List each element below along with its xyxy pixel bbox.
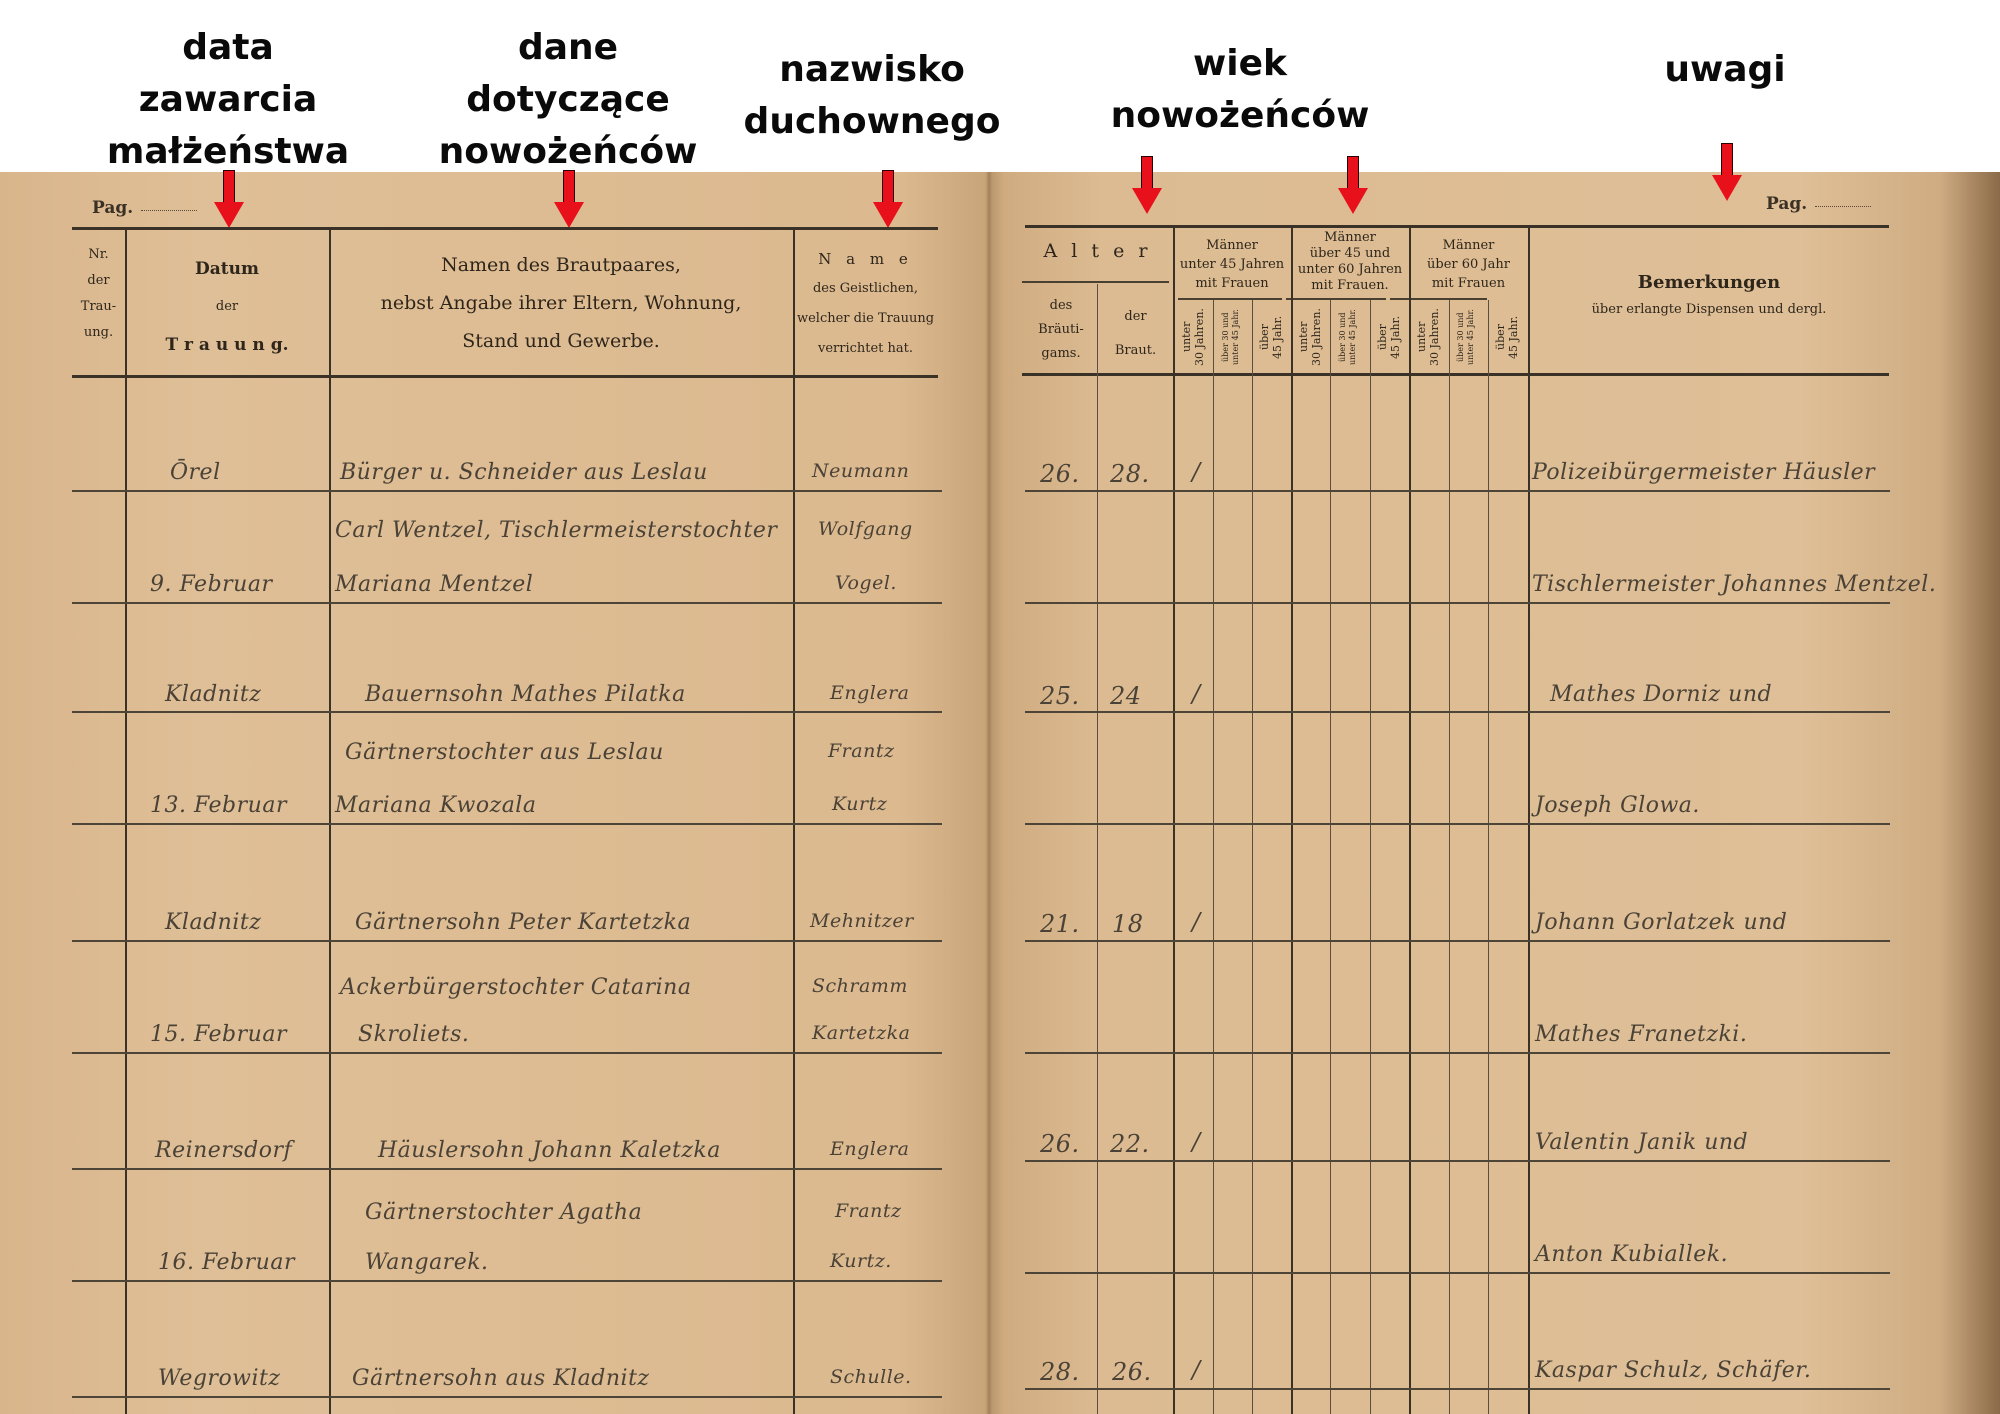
header-datum-line1: Datum	[125, 250, 329, 288]
entry-clergy-line: Mehnitzer	[810, 910, 914, 932]
header-sub-over-45: über 45 Jahr.	[1258, 304, 1284, 370]
header-brautigam: des Bräuti- gams.	[1025, 294, 1097, 366]
annotation-label-clergy: nazwisko duchownego	[744, 44, 1001, 148]
row-rule	[1025, 1272, 1890, 1274]
header-namen-line1: Namen des Brautpaares,	[329, 246, 793, 284]
alter-subheader-rule	[1022, 281, 1169, 283]
entry-place: Kladnitz	[165, 910, 261, 935]
annotation-label-couple: dane dotyczące nowożeńców	[439, 22, 698, 178]
remarks-line: Mathes Franetzki.	[1535, 1022, 1747, 1047]
header-group-under-45: Männer unter 45 Jahren mit Frauen	[1173, 236, 1291, 293]
header-group-over-60: Männer über 60 Jahr mit Frauen	[1409, 236, 1528, 293]
bride-age: 24	[1110, 682, 1142, 710]
tally-mark: /	[1192, 1128, 1201, 1156]
arrow-down-icon	[873, 170, 903, 230]
header-name-geistlichen: N a m e des Geistlichen, welcher die Tra…	[793, 244, 938, 364]
bride-age: 18	[1112, 910, 1144, 938]
header-namen-line3: Stand und Gewerbe.	[329, 322, 793, 360]
entry-couple-line: Mariana Kwozala	[335, 793, 536, 818]
groom-age: 26.	[1040, 460, 1080, 488]
entry-couple-line: Mariana Mentzel	[335, 572, 533, 597]
tally-mark: /	[1192, 680, 1201, 708]
right-col-divider	[1173, 228, 1175, 1414]
right-col-divider	[1213, 300, 1214, 1414]
entry-place: Reinersdorf	[155, 1138, 292, 1163]
row-rule	[1025, 490, 1890, 492]
header-braut: der Braut.	[1098, 300, 1173, 368]
remarks-line: Joseph Glowa.	[1535, 793, 1700, 818]
right-col-divider	[1252, 300, 1253, 1414]
tally-mark: /	[1192, 1356, 1201, 1384]
header-namen-line2: nebst Angabe ihrer Eltern, Wohnung,	[329, 284, 793, 322]
right-col-divider	[1330, 300, 1331, 1414]
header-sub-under-30: unter 30 Jahren.	[1297, 304, 1323, 370]
entry-place: Kladnitz	[165, 682, 261, 707]
header-sub-30-45: über 30 und unter 45 Jahr.	[1456, 304, 1476, 370]
entry-couple-line: Bürger u. Schneider aus Leslau	[340, 460, 708, 485]
right-col-divider	[1291, 228, 1293, 1414]
entry-couple-line: Gärtnersohn aus Kladnitz	[352, 1366, 650, 1391]
entry-clergy-line: Kurtz	[832, 793, 887, 815]
entry-clergy-line: Vogel.	[835, 572, 897, 594]
header-bemerkungen: Bemerkungen über erlangte Dispensen und …	[1528, 268, 1890, 322]
entry-couple-line: Ackerbürgerstochter Catarina	[340, 975, 691, 1000]
header-name-line2: des Geistlichen,	[793, 274, 938, 304]
remarks-line: Tischlermeister Johannes Mentzel.	[1532, 572, 1936, 597]
tally-mark: /	[1192, 908, 1201, 936]
row-rule	[72, 1396, 942, 1398]
book-gutter	[986, 172, 992, 1414]
header-bemerkungen-title: Bemerkungen	[1528, 268, 1890, 298]
groom-age: 26.	[1040, 1130, 1080, 1158]
header-datum-line3: T r a u u n g.	[125, 326, 329, 364]
row-rule	[1025, 711, 1890, 713]
bride-age: 22.	[1110, 1130, 1150, 1158]
entry-clergy-line: Kurtz.	[830, 1250, 892, 1272]
left-header-top-rule	[72, 227, 938, 230]
header-sub-under-30: unter 30 Jahren.	[1180, 304, 1206, 370]
arrow-down-icon	[214, 170, 244, 230]
right-header-bottom-rule	[1022, 373, 1889, 376]
groom-age: 28.	[1040, 1358, 1080, 1386]
entry-date: 15. Februar	[150, 1022, 287, 1047]
remarks-line: Johann Gorlatzek und	[1535, 910, 1787, 935]
entry-clergy-line: Englera	[830, 1138, 910, 1160]
remarks-line: Valentin Janik und	[1535, 1130, 1748, 1155]
row-rule	[72, 711, 942, 713]
header-nr-der-trauung: Nr. der Trau- ung.	[72, 242, 125, 346]
header-name-line3: welcher die Trauung	[793, 304, 938, 334]
right-col-divider	[1528, 228, 1530, 1414]
row-rule	[1025, 823, 1890, 825]
entry-clergy-line: Englera	[830, 682, 910, 704]
row-rule	[1025, 940, 1890, 942]
entry-clergy-line: Neumann	[812, 460, 909, 482]
row-rule	[72, 1280, 942, 1282]
entry-clergy-line: Schramm	[812, 975, 908, 997]
right-page-number: Pag.	[1766, 194, 1871, 214]
right-col-divider	[1409, 228, 1411, 1414]
header-alter: A l t e r	[1025, 240, 1170, 262]
row-rule	[72, 823, 942, 825]
tally-mark: /	[1192, 458, 1201, 486]
left-col-divider	[125, 228, 127, 1414]
header-namen-brautpaares: Namen des Brautpaares, nebst Angabe ihre…	[329, 246, 793, 360]
row-rule	[72, 1052, 942, 1054]
remarks-line: Anton Kubiallek.	[1535, 1242, 1728, 1267]
groom-age: 21.	[1040, 910, 1080, 938]
group3-subheader-rule	[1390, 298, 1487, 300]
row-rule	[1025, 1160, 1890, 1162]
right-col-divider	[1097, 284, 1098, 1414]
annotation-label-age: wiek nowożeńców	[1111, 38, 1370, 142]
remarks-line: Mathes Dorniz und	[1550, 682, 1772, 707]
bride-age: 26.	[1112, 1358, 1152, 1386]
entry-clergy-line: Schulle.	[830, 1366, 912, 1388]
left-col-divider	[329, 228, 331, 1414]
right-col-divider	[1488, 300, 1489, 1414]
row-rule	[72, 602, 942, 604]
entry-couple-line: Häuslersohn Johann Kaletzka	[378, 1138, 721, 1163]
group2-subheader-rule	[1286, 298, 1386, 300]
remarks-line: Polizeibürgermeister Häusler	[1532, 460, 1875, 485]
header-sub-over-45: über 45 Jahr.	[1494, 304, 1520, 370]
row-rule	[72, 490, 942, 492]
entry-couple-line: Gärtnerstochter Agatha	[365, 1200, 642, 1225]
entry-couple-line: Bauernsohn Mathes Pilatka	[365, 682, 686, 707]
arrow-down-icon	[554, 170, 584, 230]
right-col-divider	[1449, 300, 1450, 1414]
row-rule	[1025, 1052, 1890, 1054]
arrow-down-icon	[1338, 156, 1368, 216]
group1-subheader-rule	[1178, 298, 1282, 300]
entry-place: Ōrel	[170, 460, 221, 485]
bride-age: 28.	[1110, 460, 1150, 488]
right-col-divider	[1370, 300, 1371, 1414]
entry-couple-line: Wangarek.	[365, 1250, 489, 1275]
header-sub-30-45: über 30 und unter 45 Jahr.	[1338, 304, 1358, 370]
entry-couple-line: Carl Wentzel, Tischlermeisterstochter	[335, 518, 777, 543]
groom-age: 25.	[1040, 682, 1080, 710]
remarks-line: Kaspar Schulz, Schäfer.	[1535, 1358, 1811, 1383]
entry-date: 9. Februar	[150, 572, 272, 597]
entry-date: 13. Februar	[150, 793, 287, 818]
entry-clergy-line: Frantz	[828, 740, 894, 762]
entry-clergy-line: Kartetzka	[812, 1022, 910, 1044]
header-sub-over-45: über 45 Jahr.	[1376, 304, 1402, 370]
header-sub-30-45: über 30 und unter 45 Jahr.	[1221, 304, 1241, 370]
left-col-divider	[793, 228, 795, 1414]
header-sub-under-30: unter 30 Jahren.	[1415, 304, 1441, 370]
annotation-label-remarks: uwagi	[1664, 44, 1785, 96]
header-name-line4: verrichtet hat.	[793, 334, 938, 364]
arrow-down-icon	[1712, 143, 1742, 203]
header-datum-line2: der	[125, 288, 329, 326]
arrow-down-icon	[1132, 156, 1162, 216]
header-group-45-60: Männer über 45 und unter 60 Jahren mit F…	[1291, 230, 1409, 294]
entry-clergy-line: Wolfgang	[818, 518, 913, 540]
row-rule	[1025, 1388, 1890, 1390]
entry-date: 16. Februar	[158, 1250, 295, 1275]
header-bemerkungen-subtitle: über erlangte Dispensen und dergl.	[1528, 298, 1890, 322]
header-datum: Datum der T r a u u n g.	[125, 250, 329, 364]
entry-couple-line: Gärtnerstochter aus Leslau	[345, 740, 664, 765]
entry-couple-line: Skroliets.	[358, 1022, 469, 1047]
row-rule	[72, 940, 942, 942]
left-page-number: Pag.	[92, 198, 197, 218]
entry-couple-line: Gärtnersohn Peter Kartetzka	[355, 910, 691, 935]
header-name-line1: N a m e	[793, 244, 938, 274]
entry-place: Wegrowitz	[158, 1366, 280, 1391]
row-rule	[72, 1168, 942, 1170]
row-rule	[1025, 602, 1890, 604]
right-header-top-rule	[1025, 225, 1889, 228]
entry-clergy-line: Frantz	[835, 1200, 901, 1222]
annotation-label-date: data zawarcia małżeństwa	[107, 22, 349, 178]
left-header-bottom-rule	[72, 375, 938, 378]
